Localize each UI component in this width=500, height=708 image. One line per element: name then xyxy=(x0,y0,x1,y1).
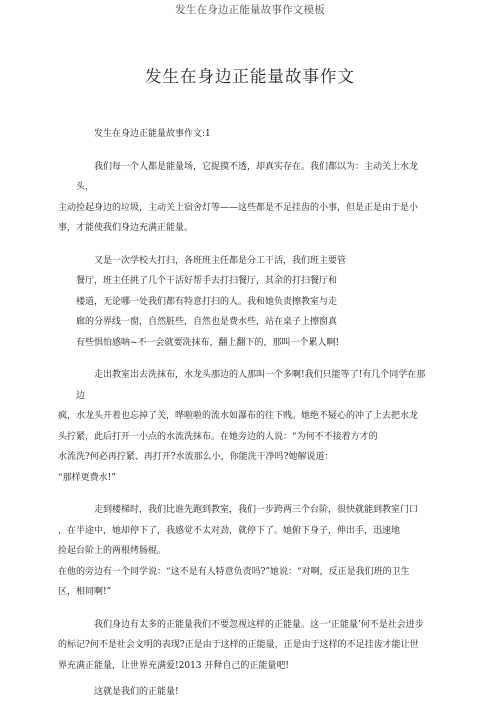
line: 事，才能使我们身边充满正能量。 xyxy=(58,218,428,239)
line: 走出教室出去洗抹布，水龙头那边的人那叫一个多啊!我们只能等了!有几个同学在那边 xyxy=(76,365,428,406)
paragraph-3: 走出教室出去洗抹布，水龙头那边的人那叫一个多啊!我们只能等了!有几个同学在那边 … xyxy=(76,365,428,488)
document-body: 发生在身边正能量故事作文:1 我们每一个人都是能量场，它捉摸不透，却真实存在。我… xyxy=(76,124,428,703)
line: 疯，水龙头开着也忘掉了关，哗啦啦的流水如瀑布的往下贱。她绝不疑心的冲了上去把水龙 xyxy=(58,406,428,427)
line: 我们每一个人都是能量场，它捉摸不透，却真实存在。我们都以为：主动关上水龙头， xyxy=(76,157,428,198)
line: 的标记?何不是社会文明的表现?正是由于这样的正能量，正是由于这样的不足挂齿才能让… xyxy=(58,635,428,656)
line: 区，相同啊!” xyxy=(58,582,428,603)
paragraph-7: 这就是我们的正能量! xyxy=(76,682,428,703)
line: 捡起台阶上的两根烤肠棍。 xyxy=(58,541,428,562)
line: 这就是我们的正能量! xyxy=(76,682,428,703)
line: 又是一次学校大打扫，各班班主任都是分工干活，我们班主要管 xyxy=(76,251,428,272)
paragraph-5: 在他的旁边有一个同学说：“这不是有人特意负责吗?”她说：“对啊，反正是我们班的卫… xyxy=(76,562,428,603)
line: 楼道，无论哪一处我们都有特意打扫的人。我和她负责擦教室与走 xyxy=(76,292,428,313)
line: 餐厅，班主任挑了几个干活好帮手去打扫餐厅，其余的打扫餐厅和 xyxy=(76,271,428,292)
paragraph-1: 我们每一个人都是能量场，它捉摸不透，却真实存在。我们都以为：主动关上水龙头， 主… xyxy=(76,157,428,239)
line: 有些惧怕感呐~不一会就要洗抹布，翻上翻下的，那叫一个累人啊! xyxy=(76,333,428,354)
line: 在他的旁边有一个同学说：“这不是有人特意负责吗?”她说：“对啊，反正是我们班的卫… xyxy=(58,562,428,583)
line: 走到楼梯时，我们比谁先跑到教室，我们一步跨两三个台阶，很快就能到教室门口 xyxy=(76,500,428,521)
paragraph-6: 我们身边有太多的正能量我们不要忽视这样的正能量。这一‘正能量’何不是社会进步 的… xyxy=(76,615,428,677)
paragraph-4: 走到楼梯时，我们比谁先跑到教室，我们一步跨两三个台阶，很快就能到教室门口 ，在半… xyxy=(76,500,428,562)
paragraph-2: 又是一次学校大打扫，各班班主任都是分工干活，我们班主要管 餐厅，班主任挑了几个干… xyxy=(76,251,428,354)
line: “那样更费水!” xyxy=(58,468,428,489)
document-title: 发生在身边正能量故事作文 xyxy=(0,63,500,87)
line: 界充满正能量，让世界充满爱!2013 开释自己的正能量吧! xyxy=(58,656,428,677)
line: 主动捡起身边的垃圾，主动关上宿舍灯等——这些都是不足挂齿的小事，但是正是由于是小 xyxy=(58,198,428,219)
section-heading: 发生在身边正能量故事作文:1 xyxy=(76,124,428,145)
line: 头拧紧，此后打开一小点的水流洗抹布。在她旁边的人说：“为何不不接着方才的 xyxy=(58,427,428,448)
line: 我们身边有太多的正能量我们不要忽视这样的正能量。这一‘正能量’何不是社会进步 xyxy=(76,615,428,636)
line: 水流洗?何必再拧紧、再打开?水流那么小，你能洗干净吗?她解说道： xyxy=(58,447,428,468)
line: ，在半途中，她却停下了，我感觉不太对劲，就停下了。她俯下身子，伸出手，迅速地 xyxy=(58,521,428,542)
page-header: 发生在身边正能量故事作文模板 xyxy=(0,2,500,17)
line: 廊的分界线一窗，自然脏些，自然也是费水些，站在桌子上擦窗真 xyxy=(76,312,428,333)
